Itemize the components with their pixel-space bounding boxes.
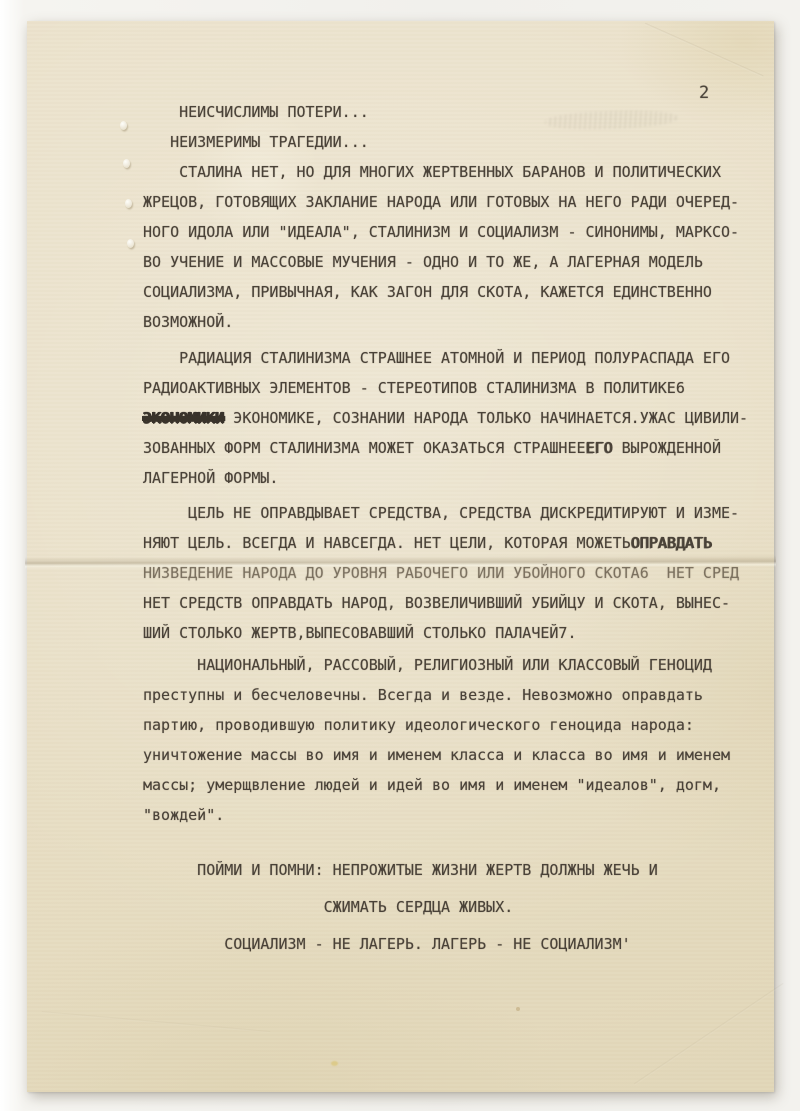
typed-segment: НЕТ СРЕДСТВ ОПРАВДАТЬ НАРОД, ВОЗВЕЛИЧИВШ… xyxy=(143,594,730,612)
typed-line: СЖИМАТЬ СЕРДЦА ЖИВЫХ. xyxy=(143,889,763,926)
typed-line: НЯЮТ ЦЕЛЬ. ВСЕГДА И НАВСЕГДА. НЕТ ЦЕЛИ, … xyxy=(143,528,763,558)
typed-line: ЖРЕЦОВ, ГОТОВЯЩИХ ЗАКЛАНИЕ НАРОДА ИЛИ ГО… xyxy=(143,187,763,217)
typed-segment: НЕИСЧИСЛИМЫ ПОТЕРИ... xyxy=(143,103,369,121)
typed-line: НЕИСЧИСЛИМЫ ПОТЕРИ... xyxy=(143,97,763,127)
typed-segment: ЛАГЕРНОЙ ФОРМЫ. xyxy=(143,469,278,487)
typed-line: РАДИОАКТИВНЫХ ЭЛЕМЕНТОВ - СТЕРЕОТИПОВ СТ… xyxy=(143,373,763,403)
typed-segment: ЭКОНОМИКЕ, СОЗНАНИИ НАРОДА ТОЛЬКО НАЧИНА… xyxy=(224,409,748,427)
typed-segment: ЗОВАННЫХ ФОРМ СТАЛИНИЗМА МОЖЕТ ОКАЗАТЬСЯ… xyxy=(143,439,586,457)
typed-line: ЭКОНОМИКИ ЭКОНОМИКЕ, СОЗНАНИИ НАРОДА ТОЛ… xyxy=(143,403,763,433)
typed-segment: ВОЗМОЖНОЙ. xyxy=(143,313,233,331)
typed-segment: НАЦИОНАЛЬНЫЙ, РАССОВЫЙ, РЕЛИГИОЗНЫЙ ИЛИ … xyxy=(143,656,712,674)
typed-segment: РАДИАЦИЯ СТАЛИНИЗМА СТРАШНЕЕ АТОМНОЙ И П… xyxy=(143,349,730,367)
paper-stain-speck xyxy=(516,1007,520,1011)
corner-crease-top-right xyxy=(644,23,764,78)
typed-line: ВОЗМОЖНОЙ. xyxy=(143,307,763,337)
paragraph: СТАЛИНА НЕТ, НО ДЛЯ МНОГИХ ЖЕРТВЕННЫХ БА… xyxy=(143,157,763,337)
corner-crease-bottom-right xyxy=(634,983,784,1085)
typed-segment: уничтожение массы во имя и именем класса… xyxy=(143,746,730,764)
typed-segment: ЦЕЛЬ НЕ ОПРАВДЫВАЕТ СРЕДСТВА, СРЕДСТВА Д… xyxy=(143,504,739,522)
typed-line: НОГО ИДОЛА ИЛИ "ИДЕАЛА", СТАЛИНИЗМ И СОЦ… xyxy=(143,217,763,247)
dent-mark xyxy=(120,121,127,130)
typed-segment-heavy: ОПРАВДАТЬ xyxy=(631,534,712,552)
typed-segment: СТАЛИНА НЕТ, НО ДЛЯ МНОГИХ ЖЕРТВЕННЫХ БА… xyxy=(143,163,721,181)
paragraph: НАЦИОНАЛЬНЫЙ, РАССОВЫЙ, РЕЛИГИОЗНЫЙ ИЛИ … xyxy=(143,650,763,830)
typed-segment: РАДИОАКТИВНЫХ ЭЛЕМЕНТОВ - СТЕРЕОТИПОВ СТ… xyxy=(143,379,685,397)
typed-segment-heavy: ЕГО xyxy=(586,439,613,457)
typed-line: НИЗВЕДЕНИЕ НАРОДА ДО УРОВНЯ РАБОЧЕГО ИЛИ… xyxy=(143,558,763,588)
typed-segment: массы; умерщвление людей и идей во имя и… xyxy=(143,776,721,794)
typed-segment: "вождей". xyxy=(143,806,224,824)
typed-line: РАДИАЦИЯ СТАЛИНИЗМА СТРАШНЕЕ АТОМНОЙ И П… xyxy=(143,343,763,373)
typed-segment: ВО УЧЕНИЕ И МАССОВЫЕ МУЧЕНИЯ - ОДНО И ТО… xyxy=(143,253,703,271)
typed-segment: НЕИЗМЕРИМЫ ТРАГЕДИИ... xyxy=(143,133,369,151)
typed-text: НЕИСЧИСЛИМЫ ПОТЕРИ... НЕИЗМЕРИМЫ ТРАГЕДИ… xyxy=(143,97,763,963)
typed-line: ЦЕЛЬ НЕ ОПРАВДЫВАЕТ СРЕДСТВА, СРЕДСТВА Д… xyxy=(143,498,763,528)
typed-line: ЛАГЕРНОЙ ФОРМЫ. xyxy=(143,463,763,493)
typed-segment: ВЫРОЖДЕННОЙ xyxy=(613,439,721,457)
typed-segment: СОЦИАЛИЗМ - НЕ ЛАГЕРЬ. ЛАГЕРЬ - НЕ СОЦИА… xyxy=(143,935,631,953)
paragraph: НЕИСЧИСЛИМЫ ПОТЕРИ... НЕИЗМЕРИМЫ ТРАГЕДИ… xyxy=(143,97,763,157)
typed-segment: ЖРЕЦОВ, ГОТОВЯЩИХ ЗАКЛАНИЕ НАРОДА ИЛИ ГО… xyxy=(143,193,739,211)
paper-stain-speck xyxy=(331,1061,338,1066)
dent-mark xyxy=(125,199,132,208)
scanned-paper-sheet: 2 НЕИСЧИСЛИМЫ ПОТЕРИ... НЕИЗМЕРИМЫ ТРАГЕ… xyxy=(27,21,774,1092)
typed-line: "вождей". xyxy=(143,800,763,830)
typed-segment: ШИЙ СТОЛЬКО ЖЕРТВ,ВЫПЕСОВАВШИЙ СТОЛЬКО П… xyxy=(143,624,576,642)
typed-segment-struck: ЭКОНОМИКИ xyxy=(143,409,224,427)
typed-segment: преступны и бесчеловечны. Всегда и везде… xyxy=(143,686,703,704)
paragraph: РАДИАЦИЯ СТАЛИНИЗМА СТРАШНЕЕ АТОМНОЙ И П… xyxy=(143,343,763,493)
typed-line: НЕТ СРЕДСТВ ОПРАВДАТЬ НАРОД, ВОЗВЕЛИЧИВШ… xyxy=(143,588,763,618)
typed-line: СОЦИАЛИЗМ - НЕ ЛАГЕРЬ. ЛАГЕРЬ - НЕ СОЦИА… xyxy=(143,926,763,963)
typed-segment: ПОЙМИ И ПОМНИ: НЕПРОЖИТЫЕ ЖИЗНИ ЖЕРТВ ДО… xyxy=(143,861,658,879)
typed-line: уничтожение массы во имя и именем класса… xyxy=(143,740,763,770)
typed-line: СОЦИАЛИЗМА, ПРИВЫЧНАЯ, КАК ЗАГОН ДЛЯ СКО… xyxy=(143,277,763,307)
typed-line: ЗОВАННЫХ ФОРМ СТАЛИНИЗМА МОЖЕТ ОКАЗАТЬСЯ… xyxy=(143,433,763,463)
typed-line: НАЦИОНАЛЬНЫЙ, РАССОВЫЙ, РЕЛИГИОЗНЫЙ ИЛИ … xyxy=(143,650,763,680)
typed-segment: НОГО ИДОЛА ИЛИ "ИДЕАЛА", СТАЛИНИЗМ И СОЦ… xyxy=(143,223,739,241)
typed-line: преступны и бесчеловечны. Всегда и везде… xyxy=(143,680,763,710)
typed-line: массы; умерщвление людей и идей во имя и… xyxy=(143,770,763,800)
typed-segment-faded: НИЗВЕДЕНИЕ НАРОДА ДО УРОВНЯ РАБОЧЕГО ИЛИ… xyxy=(143,564,739,582)
typed-segment: партию, проводившую политику идеологичес… xyxy=(143,716,694,734)
crease-bottom-left xyxy=(41,1011,270,1033)
typed-line: НЕИЗМЕРИМЫ ТРАГЕДИИ... xyxy=(143,127,763,157)
dent-mark xyxy=(123,159,130,168)
typed-segment: СОЦИАЛИЗМА, ПРИВЫЧНАЯ, КАК ЗАГОН ДЛЯ СКО… xyxy=(143,283,712,301)
typed-line: ПОЙМИ И ПОМНИ: НЕПРОЖИТЫЕ ЖИЗНИ ЖЕРТВ ДО… xyxy=(143,852,763,889)
paragraph: ПОЙМИ И ПОМНИ: НЕПРОЖИТЫЕ ЖИЗНИ ЖЕРТВ ДО… xyxy=(143,852,763,963)
dent-mark xyxy=(127,239,134,248)
typed-segment: НЯЮТ ЦЕЛЬ. ВСЕГДА И НАВСЕГДА. НЕТ ЦЕЛИ, … xyxy=(143,534,631,552)
typed-line: ШИЙ СТОЛЬКО ЖЕРТВ,ВЫПЕСОВАВШИЙ СТОЛЬКО П… xyxy=(143,618,763,648)
typed-line: ВО УЧЕНИЕ И МАССОВЫЕ МУЧЕНИЯ - ОДНО И ТО… xyxy=(143,247,763,277)
scan-background: { "colors": { "ink": "#4a4238", "paper":… xyxy=(0,0,800,1111)
typed-line: СТАЛИНА НЕТ, НО ДЛЯ МНОГИХ ЖЕРТВЕННЫХ БА… xyxy=(143,157,763,187)
paragraph: ЦЕЛЬ НЕ ОПРАВДЫВАЕТ СРЕДСТВА, СРЕДСТВА Д… xyxy=(143,498,763,648)
typed-line: партию, проводившую политику идеологичес… xyxy=(143,710,763,740)
typed-segment: СЖИМАТЬ СЕРДЦА ЖИВЫХ. xyxy=(143,898,513,916)
